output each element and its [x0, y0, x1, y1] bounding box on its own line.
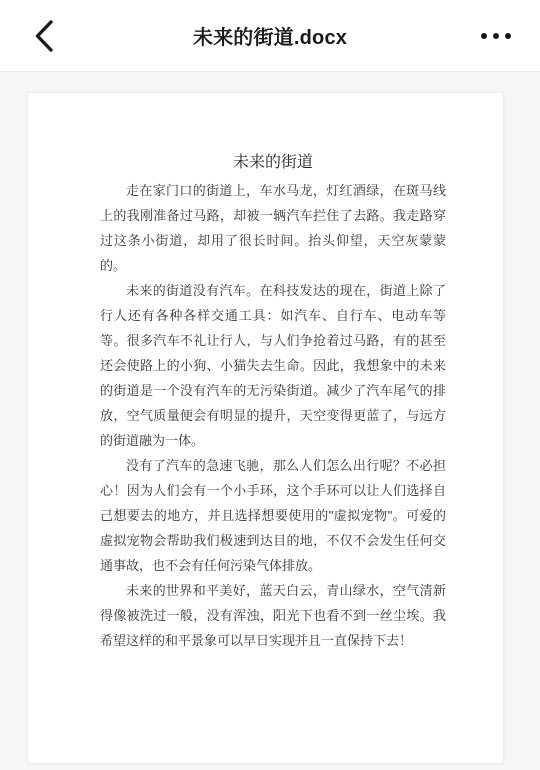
document-page: 未来的街道 走在家门口的街道上，车水马龙，灯红酒绿，在斑马线上的我刚准备过马路，… [27, 92, 504, 764]
chevron-left-icon [33, 20, 55, 52]
back-button[interactable] [22, 0, 66, 72]
ellipsis-icon [481, 33, 511, 39]
paragraph-4: 未来的世界和平美好，蓝天白云，青山绿水，空气清新得像被洗过一般，没有浑浊，阳光下… [100, 578, 446, 653]
paragraph-3: 没有了汽车的急速飞驰，那么人们怎么出行呢？不必担心！因为人们会有一个小手环，这个… [100, 453, 446, 578]
paragraph-1: 走在家门口的街道上，车水马龙，灯红酒绿，在斑马线上的我刚准备过马路，却被一辆汽车… [100, 178, 446, 278]
file-title: 未来的街道.docx [193, 21, 347, 50]
document-viewer[interactable]: 未来的街道 走在家门口的街道上，车水马龙，灯红酒绿，在斑马线上的我刚准备过马路，… [0, 72, 540, 770]
more-button[interactable] [472, 0, 520, 72]
paragraph-2: 未来的街道没有汽车。在科技发达的现在，街道上除了行人还有各种各样交通工具：如汽车… [100, 278, 446, 453]
document-heading: 未来的街道 [100, 150, 446, 175]
header-bar: 未来的街道.docx [0, 0, 540, 72]
